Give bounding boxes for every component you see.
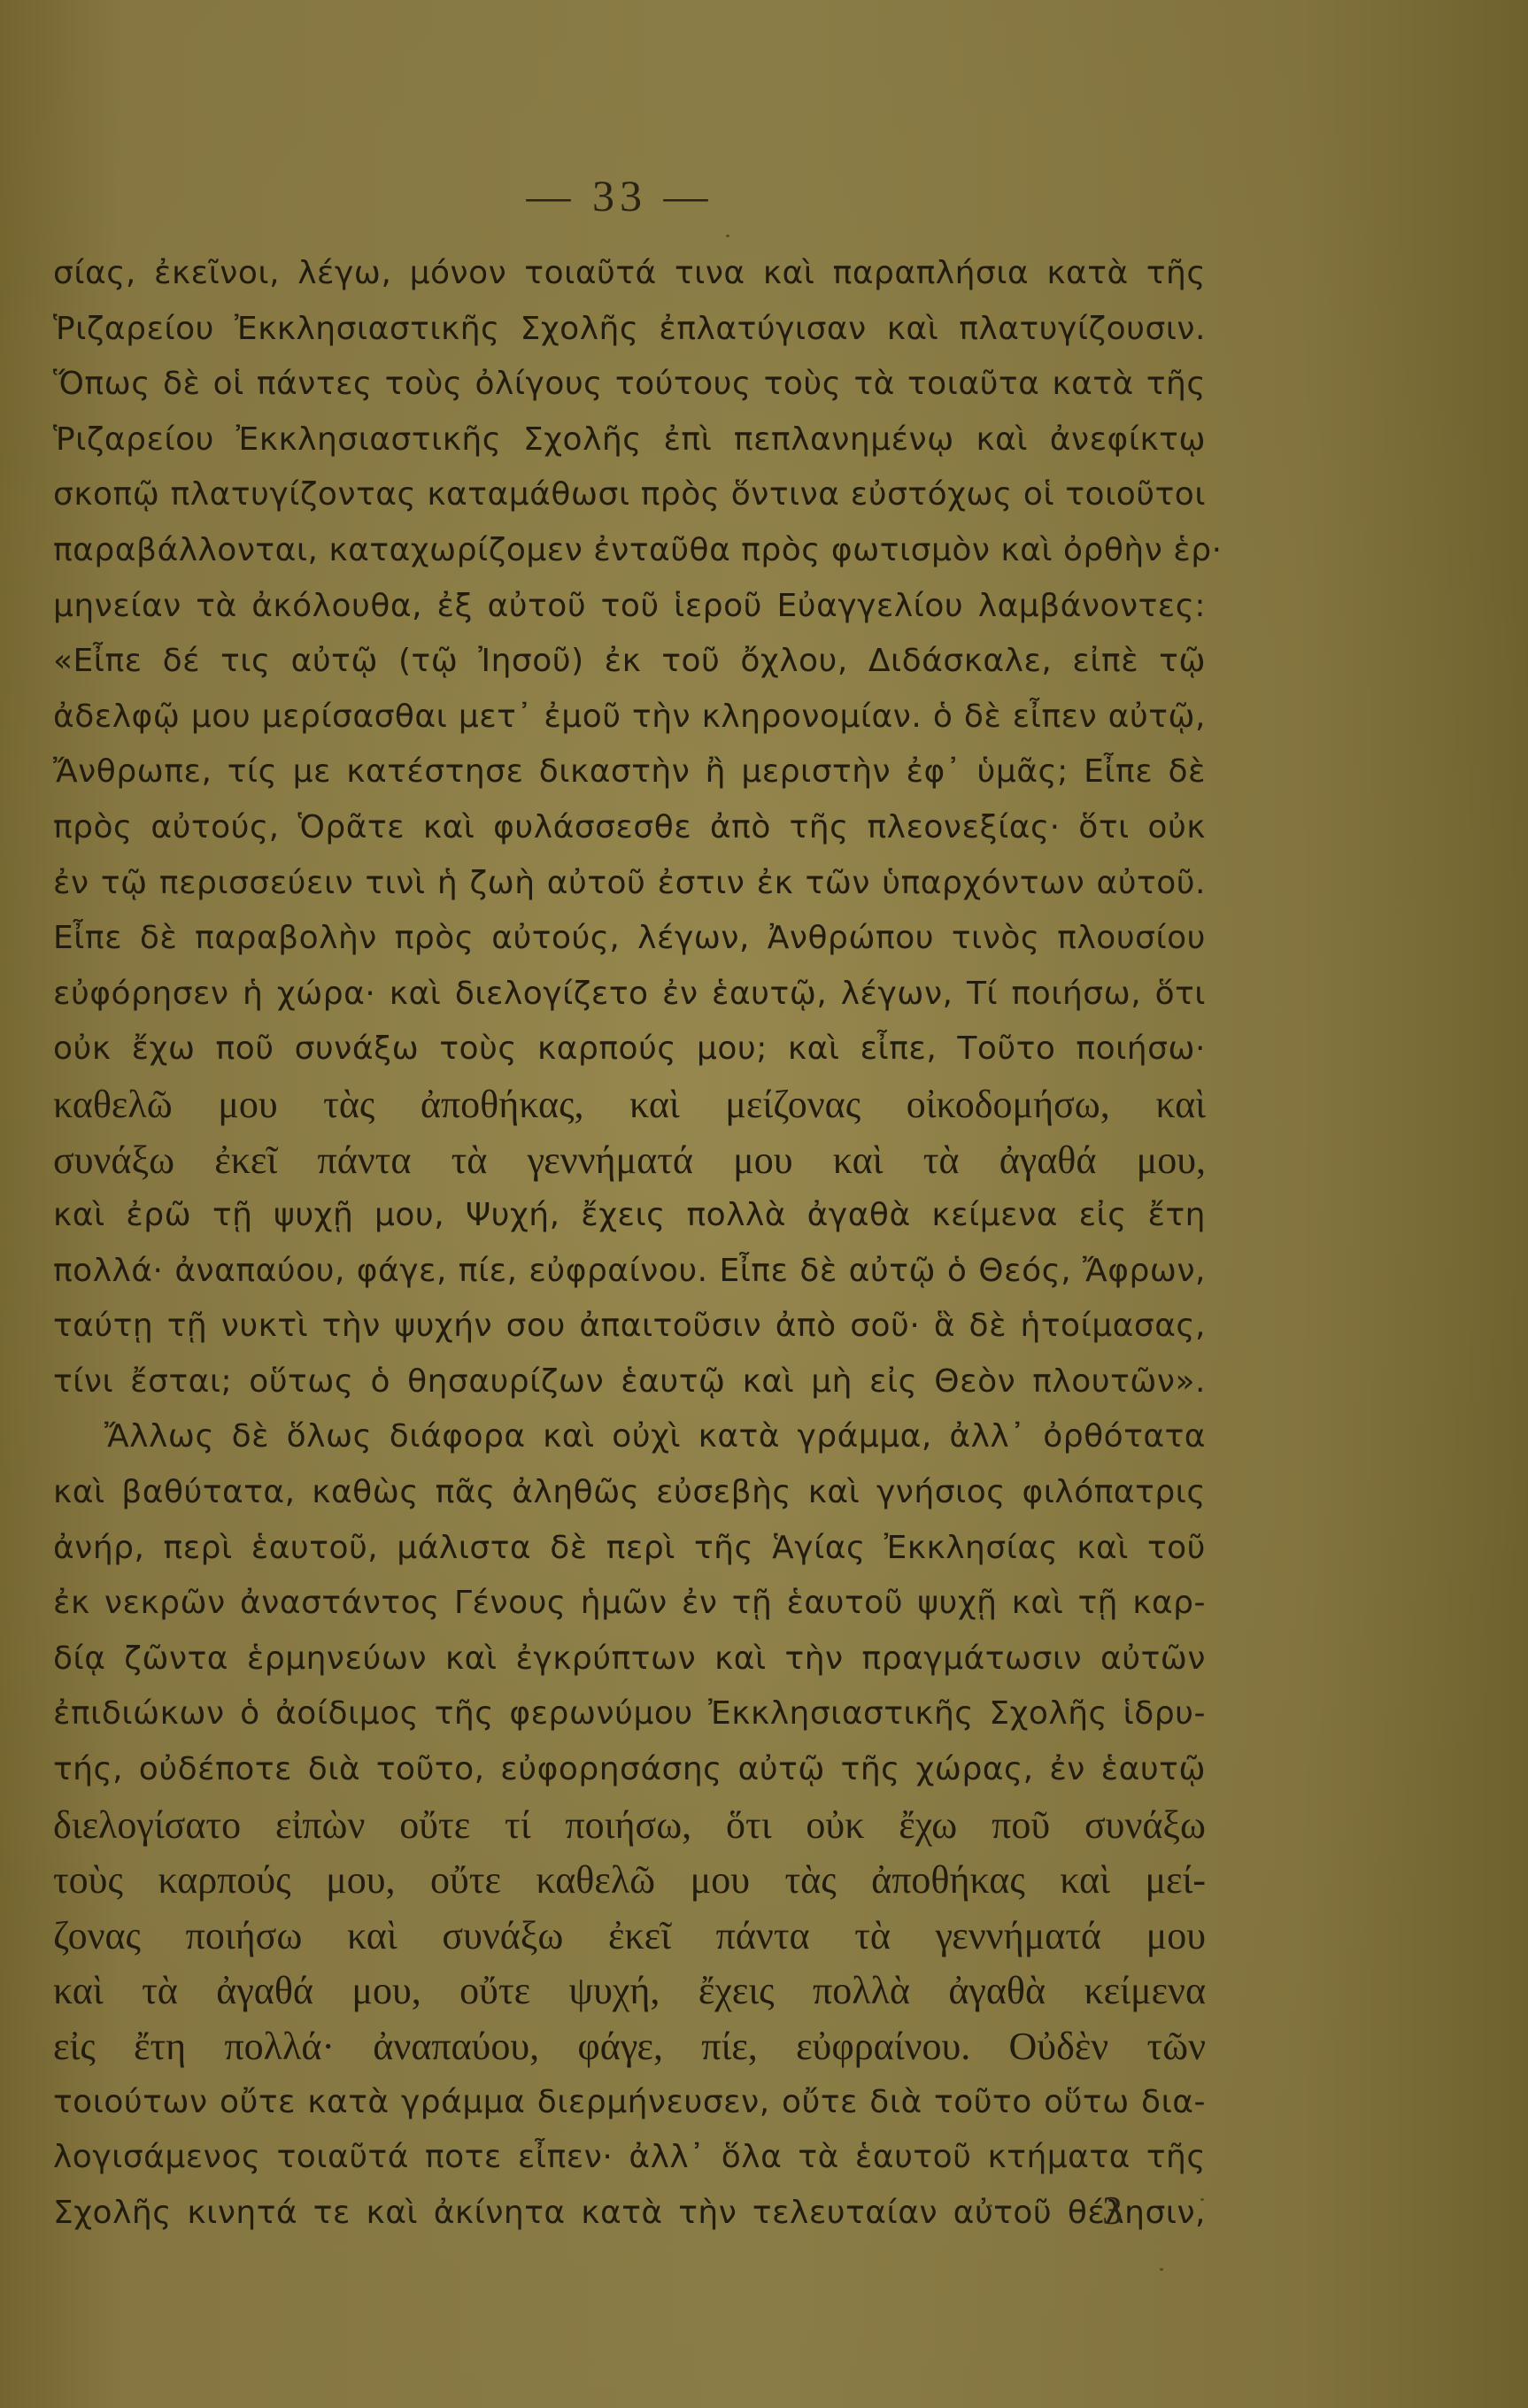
scanned-page: — 33 — σίας, ἐκεῖνοι, λέγω, μόνον τοιαῦτ…: [0, 0, 1528, 2408]
signature-mark: 3: [1102, 2187, 1123, 2234]
text-line: παραβάλλονται, καταχωρίζομεν ἐνταῦθα πρὸ…: [53, 523, 1206, 579]
text-line: διελογίσατο εἰπὼν οὔτε τί ποιήσω, ὅτι οὐ…: [53, 1798, 1206, 1854]
text-line: «Εἶπε δέ τις αὐτῷ (τῷ Ἰησοῦ) ἐκ τοῦ ὄχλο…: [53, 634, 1206, 690]
text-line: Εἶπε δὲ παραβολὴν πρὸς αὐτούς, λέγων, Ἀν…: [53, 911, 1206, 967]
page-number: — 33 —: [0, 170, 1239, 221]
text-line: Ῥιζαρείου Ἐκκλησιαστικῆς Σχολῆς ἐπὶ πεπλ…: [53, 413, 1206, 468]
text-line: ταύτῃ τῇ νυκτὶ τὴν ψυχήν σου ἀπαιτοῦσιν …: [53, 1299, 1206, 1354]
text-line-paragraph-start: Ἄλλως δὲ ὅλως διάφορα καὶ οὐχὶ κατὰ γράμ…: [53, 1409, 1206, 1465]
paper-speck: [1200, 2198, 1204, 2201]
text-line: οὐκ ἔχω ποῦ συνάξω τοὺς καρπούς μου; καὶ…: [53, 1022, 1206, 1077]
body-text: σίας, ἐκεῖνοι, λέγω, μόνον τοιαῦτά τινα …: [53, 246, 1206, 2241]
paper-speck: [726, 235, 729, 237]
text-line: πολλά· ἀναπαύου, φάγε, πίε, εὐφραίνου. Ε…: [53, 1244, 1206, 1300]
text-line: ἐπιδιώκων ὁ ἀοίδιμος τῆς φερωνύμου Ἐκκλη…: [53, 1686, 1206, 1742]
text-line: Ἄνθρωπε, τίς με κατέστησε δικαστὴν ἢ μερ…: [53, 745, 1206, 800]
text-line: καὶ ἐρῶ τῇ ψυχῇ μου, Ψυχή, ἔχεις πολλὰ ἀ…: [53, 1188, 1206, 1244]
text-line: σκοπῷ πλατυγίζοντας καταμάθωσι πρὸς ὅντι…: [53, 467, 1206, 523]
text-line: ἐκ νεκρῶν ἀναστάντος Γένους ἡμῶν ἐν τῇ ἑ…: [53, 1576, 1206, 1632]
text-line: εἰς ἔτη πολλά· ἀναπαύου, φάγε, πίε, εὐφρ…: [53, 2019, 1206, 2075]
text-line: λογισάμενος τοιαῦτά ποτε εἶπεν· ἀλλ᾿ ὅλα…: [53, 2130, 1206, 2186]
text-line: σίας, ἐκεῖνοι, λέγω, μόνον τοιαῦτά τινα …: [53, 246, 1206, 302]
text-line: καθελῶ μου τὰς ἀποθήκας, καὶ μείζονας οἰ…: [53, 1077, 1206, 1133]
text-line: εὐφόρησεν ἡ χώρα· καὶ διελογίζετο ἐν ἑαυ…: [53, 967, 1206, 1023]
text-line: μηνείαν τὰ ἀκόλουθα, ἐξ αὐτοῦ τοῦ ἱεροῦ …: [53, 579, 1206, 635]
text-line: καὶ βαθύτατα, καθὼς πᾶς ἀληθῶς εὐσεβὴς κ…: [53, 1465, 1206, 1521]
paper-speck: [989, 2204, 992, 2207]
text-line: τοιούτων οὔτε κατὰ γράμμα διερμήνευσεν, …: [53, 2075, 1206, 2131]
text-line: τοὺς καρπούς μου, οὔτε καθελῶ μου τὰς ἀπ…: [53, 1853, 1206, 1909]
text-line: συνάξω ἐκεῖ πάντα τὰ γεννήματά μου καὶ τ…: [53, 1133, 1206, 1189]
text-line: ἐν τῷ περισσεύειν τινὶ ἡ ζωὴ αὐτοῦ ἐστιν…: [53, 856, 1206, 912]
text-line: Σχολῆς κινητά τε καὶ ἀκίνητα κατὰ τὴν τε…: [53, 2186, 1206, 2242]
paper-speck: [1161, 1049, 1165, 1052]
text-line: ἀνήρ, περὶ ἑαυτοῦ, μάλιστα δὲ περὶ τῆς Ἁ…: [53, 1521, 1206, 1577]
text-line: ἀδελφῷ μου μερίσασθαι μετ᾿ ἐμοῦ τὴν κληρ…: [53, 690, 1206, 745]
text-line: τής, οὐδέποτε διὰ τοῦτο, εὐφορησάσης αὐτ…: [53, 1742, 1206, 1798]
text-line: Ὅπως δὲ οἱ πάντες τοὺς ὀλίγους τούτους τ…: [53, 357, 1206, 413]
text-line: δίᾳ ζῶντα ἑρμηνεύων καὶ ἐγκρύπτων καὶ τὴ…: [53, 1632, 1206, 1687]
text-line: ζονας ποιήσω καὶ συνάξω ἐκεῖ πάντα τὰ γε…: [53, 1909, 1206, 1964]
text-line: Ῥιζαρείου Ἐκκλησιαστικῆς Σχολῆς ἐπλατύγι…: [53, 302, 1206, 358]
text-line: πρὸς αὐτούς, Ὁρᾶτε καὶ φυλάσσεσθε ἀπὸ τῆ…: [53, 800, 1206, 856]
text-line: καὶ τὰ ἀγαθά μου, οὔτε ψυχή, ἔχεις πολλὰ…: [53, 1964, 1206, 2019]
text-line: τίνι ἔσται; οὕτως ὁ θησαυρίζων ἑαυτῷ καὶ…: [53, 1354, 1206, 1410]
paper-speck: [1160, 2268, 1163, 2271]
